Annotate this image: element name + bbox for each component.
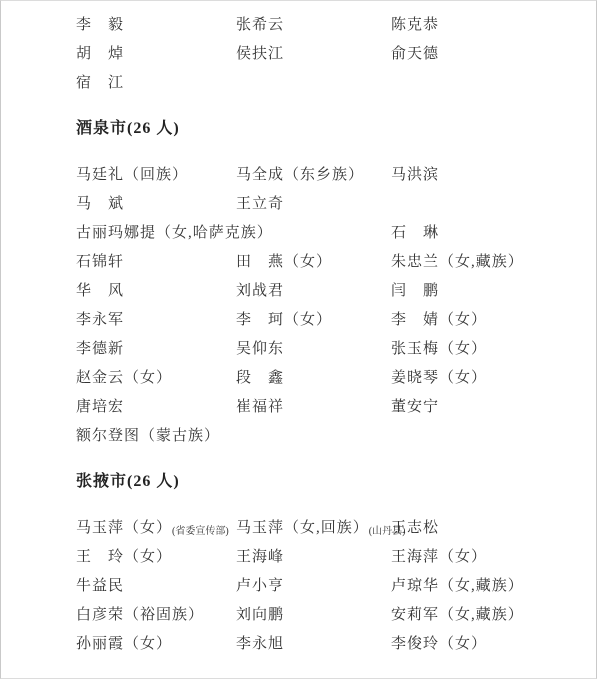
name-cell: 李德新	[76, 337, 236, 358]
name-row: 唐培宏崔福祥董安宁	[76, 391, 586, 420]
name-row: 牛益民卢小亨卢琼华（女,藏族）	[76, 570, 586, 599]
name-cell: 田 燕（女）	[236, 250, 391, 271]
name-cell: 石 琳	[391, 221, 586, 242]
person-name: 朱忠兰（女,藏族）	[391, 254, 524, 270]
name-list: 李 毅张希云陈克恭胡 焯侯扶江俞天德宿 江酒泉市(26 人)马廷礼（回族）马全成…	[76, 9, 586, 657]
person-name: 刘向鹏	[236, 607, 284, 623]
name-cell: 刘向鹏	[236, 603, 391, 624]
person-name: 李永旭	[236, 636, 284, 652]
name-cell: 闫 鹏	[391, 279, 586, 300]
person-name: 孙丽霞（女）	[76, 636, 172, 652]
name-cell: 李永军	[76, 308, 236, 329]
name-row: 额尔登图（蒙古族）	[76, 420, 586, 449]
name-cell: 王立奇	[236, 192, 391, 213]
person-name: 卢小亨	[236, 578, 284, 594]
person-name: 赵金云（女）	[76, 370, 172, 386]
name-cell: 刘战君	[236, 279, 391, 300]
name-cell: 俞天德	[391, 42, 586, 63]
name-row: 马玉萍（女）(省委宣传部)马玉萍（女,回族）(山丹县)王志松	[76, 512, 586, 541]
name-cell: 牛益民	[76, 574, 236, 595]
name-row: 马廷礼（回族）马全成（东乡族）马洪滨	[76, 159, 586, 188]
name-cell: 张玉梅（女）	[391, 337, 586, 358]
name-row: 胡 焯侯扶江俞天德	[76, 38, 586, 67]
person-name: 石锦轩	[76, 254, 124, 270]
name-row: 王 玲（女）王海峰王海萍（女）	[76, 541, 586, 570]
name-cell: 马洪滨	[391, 163, 586, 184]
person-name: 闫 鹏	[391, 283, 439, 299]
person-name: 马全成（东乡族）	[236, 167, 364, 183]
person-name: 唐培宏	[76, 399, 124, 415]
name-cell: 马 斌	[76, 192, 236, 213]
person-name: 刘战君	[236, 283, 284, 299]
name-cell: 马廷礼（回族）	[76, 163, 236, 184]
name-cell: 额尔登图（蒙古族）	[76, 424, 236, 445]
person-name: 王 玲（女）	[76, 549, 172, 565]
name-cell: 马全成（东乡族）	[236, 163, 391, 184]
name-cell: 李俊玲（女）	[391, 632, 586, 653]
name-cell: 王志松	[391, 516, 586, 537]
person-name: 卢琼华（女,藏族）	[391, 578, 524, 594]
name-cell: 王 玲（女）	[76, 545, 236, 566]
name-cell: 马玉萍（女,回族）(山丹县)	[236, 516, 391, 537]
person-name: 张玉梅（女）	[391, 341, 487, 357]
name-cell: 董安宁	[391, 395, 586, 416]
name-row: 华 风刘战君闫 鹏	[76, 275, 586, 304]
name-cell: 胡 焯	[76, 42, 236, 63]
name-row: 古丽玛娜提（女,哈萨克族）石 琳	[76, 217, 586, 246]
name-cell: 姜晓琴（女）	[391, 366, 586, 387]
person-name: 李德新	[76, 341, 124, 357]
person-name: 姜晓琴（女）	[391, 370, 487, 386]
person-name: 王海萍（女）	[391, 549, 487, 565]
name-cell: 张希云	[236, 13, 391, 34]
name-row: 马 斌王立奇	[76, 188, 586, 217]
person-name: 李永军	[76, 312, 124, 328]
name-cell: 侯扶江	[236, 42, 391, 63]
name-cell: 李 珂（女）	[236, 308, 391, 329]
person-note: (山丹县)	[369, 526, 406, 537]
section-header: 酒泉市(26 人)	[76, 114, 586, 143]
person-name: 俞天德	[391, 46, 439, 62]
name-cell: 王海峰	[236, 545, 391, 566]
person-name: 王立奇	[236, 196, 284, 212]
person-name: 马洪滨	[391, 167, 439, 183]
name-cell: 陈克恭	[391, 13, 586, 34]
name-row: 李 毅张希云陈克恭	[76, 9, 586, 38]
name-cell: 崔福祥	[236, 395, 391, 416]
name-cell: 宿 江	[76, 71, 236, 92]
name-cell: 孙丽霞（女）	[76, 632, 236, 653]
person-name: 董安宁	[391, 399, 439, 415]
person-name: 李俊玲（女）	[391, 636, 487, 652]
name-row: 石锦轩田 燕（女）朱忠兰（女,藏族）	[76, 246, 586, 275]
name-cell: 王海萍（女）	[391, 545, 586, 566]
person-name: 马 斌	[76, 196, 124, 212]
name-cell: 李 毅	[76, 13, 236, 34]
person-name: 陈克恭	[391, 17, 439, 33]
person-name: 崔福祥	[236, 399, 284, 415]
name-cell: 卢小亨	[236, 574, 391, 595]
person-name: 张希云	[236, 17, 284, 33]
name-cell: 华 风	[76, 279, 236, 300]
name-cell: 赵金云（女）	[76, 366, 236, 387]
person-name: 段 鑫	[236, 370, 284, 386]
name-cell: 段 鑫	[236, 366, 391, 387]
person-name: 李 毅	[76, 17, 124, 33]
name-cell: 安莉军（女,藏族）	[391, 603, 586, 624]
name-cell: 古丽玛娜提（女,哈萨克族）	[76, 221, 391, 242]
person-name: 吴仰东	[236, 341, 284, 357]
name-row: 李德新吴仰东张玉梅（女）	[76, 333, 586, 362]
name-cell: 朱忠兰（女,藏族）	[391, 250, 586, 271]
person-name: 马玉萍（女,回族）	[236, 520, 369, 536]
name-cell: 马玉萍（女）(省委宣传部)	[76, 516, 236, 537]
name-cell: 唐培宏	[76, 395, 236, 416]
person-name: 田 燕（女）	[236, 254, 332, 270]
name-row: 赵金云（女）段 鑫姜晓琴（女）	[76, 362, 586, 391]
name-cell: 吴仰东	[236, 337, 391, 358]
name-row: 孙丽霞（女）李永旭李俊玲（女）	[76, 628, 586, 657]
person-name: 王海峰	[236, 549, 284, 565]
name-cell: 白彦荣（裕固族）	[76, 603, 236, 624]
person-name: 牛益民	[76, 578, 124, 594]
person-note: (省委宣传部)	[172, 526, 229, 537]
name-cell: 李 婧（女）	[391, 308, 586, 329]
name-row: 李永军李 珂（女）李 婧（女）	[76, 304, 586, 333]
person-name: 马玉萍（女）	[76, 520, 172, 536]
name-row: 宿 江	[76, 67, 586, 96]
person-name: 宿 江	[76, 75, 124, 91]
name-row: 白彦荣（裕固族）刘向鹏安莉军（女,藏族）	[76, 599, 586, 628]
name-cell: 卢琼华（女,藏族）	[391, 574, 586, 595]
person-name: 李 婧（女）	[391, 312, 487, 328]
name-cell: 李永旭	[236, 632, 391, 653]
person-name: 华 风	[76, 283, 124, 299]
person-name: 胡 焯	[76, 46, 124, 62]
person-name: 马廷礼（回族）	[76, 167, 188, 183]
person-name: 安莉军（女,藏族）	[391, 607, 524, 623]
person-name: 李 珂（女）	[236, 312, 332, 328]
person-name: 古丽玛娜提（女,哈萨克族）	[76, 225, 273, 241]
person-name: 额尔登图（蒙古族）	[76, 428, 220, 444]
person-name: 侯扶江	[236, 46, 284, 62]
section-header: 张掖市(26 人)	[76, 467, 586, 496]
person-name: 石 琳	[391, 225, 439, 241]
document-page: 李 毅张希云陈克恭胡 焯侯扶江俞天德宿 江酒泉市(26 人)马廷礼（回族）马全成…	[0, 0, 597, 679]
person-name: 白彦荣（裕固族）	[76, 607, 204, 623]
name-cell: 石锦轩	[76, 250, 236, 271]
